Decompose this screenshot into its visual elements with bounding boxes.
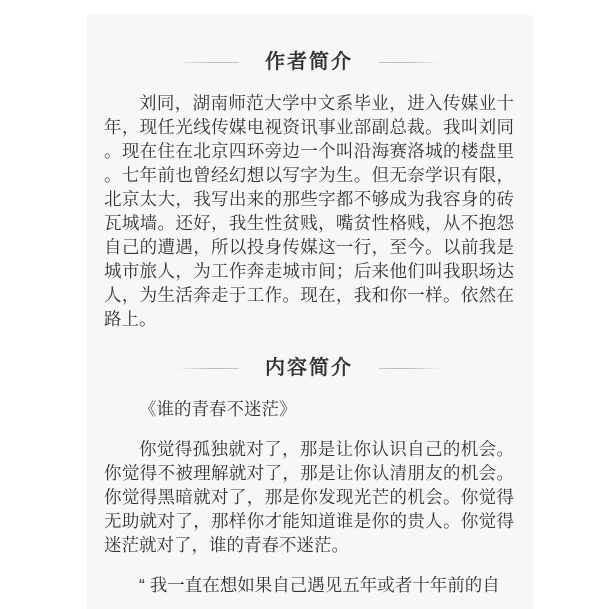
section-content-intro: 内容简介 《谁的青春不迷茫》 你觉得孤独就对了，那是让你认识自己的机会。你觉得不… xyxy=(104,357,514,597)
section-title-row: 作者简介 xyxy=(104,51,514,73)
section-title-content-intro: 内容简介 xyxy=(265,357,353,379)
title-divider-right-icon xyxy=(379,62,441,63)
section-author-intro: 作者简介 刘同，湖南师范大学中文系毕业，进入传媒业十年，现任光线传媒电视资讯事业… xyxy=(104,51,514,331)
book-title-paragraph: 《谁的青春不迷茫》 xyxy=(104,397,514,421)
section-title-row: 内容简介 xyxy=(104,357,514,379)
title-divider-left-icon xyxy=(177,62,239,63)
content-intro-paragraph: 你觉得孤独就对了，那是让你认识自己的机会。你觉得不被理解就对了，那是让你认清朋友… xyxy=(104,437,514,557)
reader-page: 作者简介 刘同，湖南师范大学中文系毕业，进入传媒业十年，现任光线传媒电视资讯事业… xyxy=(87,15,533,609)
section-title-author-intro: 作者简介 xyxy=(265,51,353,73)
title-divider-right-icon xyxy=(379,368,441,369)
quote-paragraph: “ 我一直在想如果自己遇见五年或者十年前的自 xyxy=(104,573,514,597)
author-bio-paragraph: 刘同，湖南师范大学中文系毕业，进入传媒业十年，现任光线传媒电视资讯事业部副总裁。… xyxy=(104,91,514,331)
title-divider-left-icon xyxy=(177,368,239,369)
